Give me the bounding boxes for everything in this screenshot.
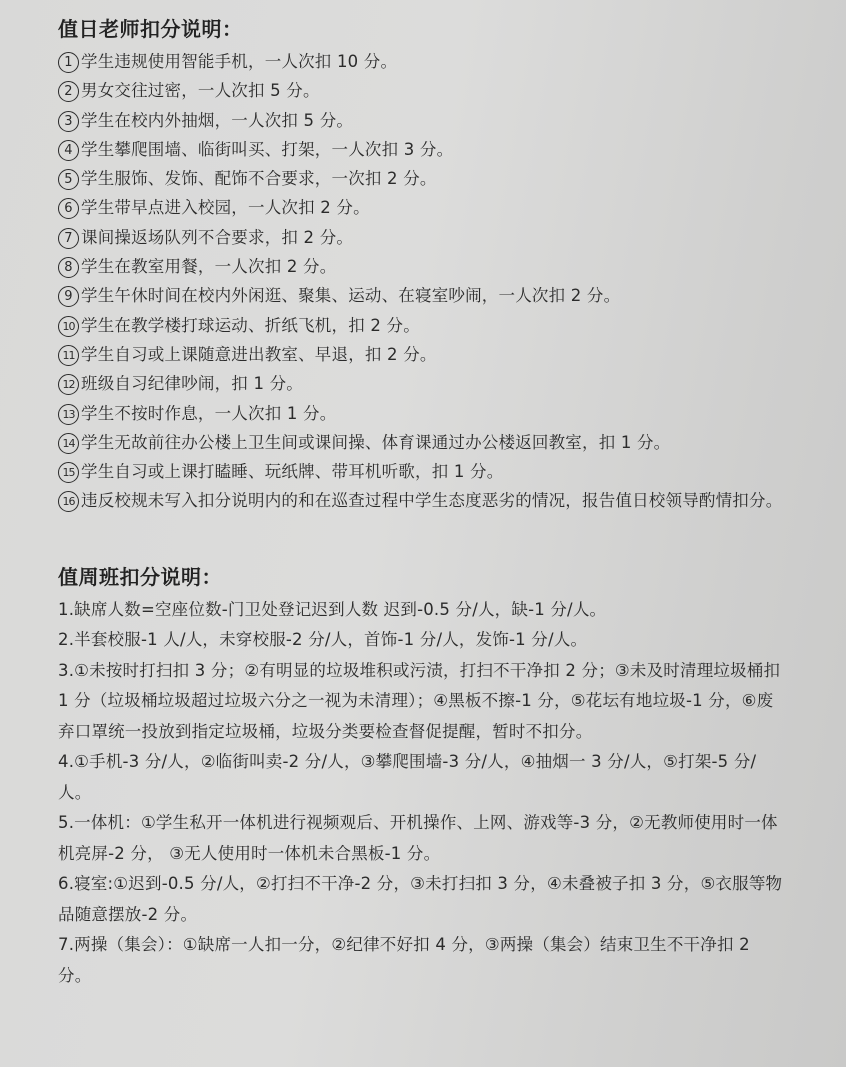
duty-teacher-section: 值日老师扣分说明： 1学生违规使用智能手机，一人次扣 10 分。 2男女交往过密… <box>58 14 788 516</box>
section-title-duty-teacher: 值日老师扣分说明： <box>58 14 788 44</box>
rule-text: 学生带早点进入校园，一人次扣 2 分。 <box>81 198 370 217</box>
circled-number: 2 <box>58 81 79 102</box>
circled-number: 3 <box>58 111 79 132</box>
rule-item: 4.①手机-3 分/人，②临街叫卖-2 分/人，③攀爬围墙-3 分/人，④抽烟一… <box>58 747 788 808</box>
rule-text: 学生自习或上课打瞌睡、玩纸牌、带耳机听歌，扣 1 分。 <box>81 462 503 481</box>
rule-text: 男女交往过密，一人次扣 5 分。 <box>81 81 320 100</box>
rule-item: 5.一体机：①学生私开一体机进行视频观后、开机操作、上网、游戏等-3 分，②无教… <box>58 808 788 869</box>
circled-number: 4 <box>58 140 79 161</box>
document-page: 值日老师扣分说明： 1学生违规使用智能手机，一人次扣 10 分。 2男女交往过密… <box>58 14 788 991</box>
circled-number: 16 <box>58 491 79 512</box>
duty-week-section: 值周班扣分说明： 1.缺席人数=空座位数-门卫处登记迟到人数 迟到-0.5 分/… <box>58 562 788 992</box>
rule-text: 课间操返场队列不合要求，扣 2 分。 <box>81 228 353 247</box>
circled-number: 9 <box>58 286 79 307</box>
rule-item: 5学生服饰、发饰、配饰不合要求，一次扣 2 分。 <box>58 164 788 193</box>
rule-item: 12班级自习纪律吵闹，扣 1 分。 <box>58 369 788 398</box>
rule-item: 14学生无故前往办公楼上卫生间或课间操、体育课通过办公楼返回教室，扣 1 分。 <box>58 428 788 457</box>
rule-item: 4学生攀爬围墙、临街叫买、打架，一人次扣 3 分。 <box>58 135 788 164</box>
rule-text: 学生攀爬围墙、临街叫买、打架，一人次扣 3 分。 <box>81 140 453 159</box>
rule-item: 7课间操返场队列不合要求，扣 2 分。 <box>58 223 788 252</box>
circled-number: 8 <box>58 257 79 278</box>
section-title-duty-week: 值周班扣分说明： <box>58 562 788 592</box>
circled-number: 13 <box>58 404 79 425</box>
circled-number: 6 <box>58 198 79 219</box>
rule-item: 1.缺席人数=空座位数-门卫处登记迟到人数 迟到-0.5 分/人，缺-1 分/人… <box>58 595 788 626</box>
circled-number: 15 <box>58 462 79 483</box>
circled-number: 1 <box>58 52 79 73</box>
rule-item: 9学生午休时间在校内外闲逛、聚集、运动、在寝室吵闹，一人次扣 2 分。 <box>58 281 788 310</box>
rule-item: 8学生在教室用餐，一人次扣 2 分。 <box>58 252 788 281</box>
section-spacer <box>58 516 788 562</box>
rule-item: 2.半套校服-1 人/人，未穿校服-2 分/人，首饰-1 分/人，发饰-1 分/… <box>58 625 788 656</box>
rule-item: 6学生带早点进入校园，一人次扣 2 分。 <box>58 193 788 222</box>
rule-item: 7.两操（集会）：①缺席一人扣一分，②纪律不好扣 4 分，③两操（集会）结束卫生… <box>58 930 788 991</box>
circled-number: 7 <box>58 228 79 249</box>
circled-number: 10 <box>58 316 79 337</box>
rule-item: 10学生在教学楼打球运动、折纸飞机，扣 2 分。 <box>58 311 788 340</box>
rule-text: 学生自习或上课随意进出教室、早退，扣 2 分。 <box>81 345 437 364</box>
rule-text: 学生不按时作息，一人次扣 1 分。 <box>81 404 336 423</box>
circled-number: 12 <box>58 374 79 395</box>
rule-text: 违反校规未写入扣分说明内的和在巡查过程中学生态度恶劣的情况，报告值日校领导酌情扣… <box>81 491 782 510</box>
rule-item: 6.寝室:①迟到-0.5 分/人，②打扫不干净-2 分，③未打扫扣 3 分，④未… <box>58 869 788 930</box>
rule-text: 学生在教学楼打球运动、折纸飞机，扣 2 分。 <box>81 316 420 335</box>
rule-text: 学生在教室用餐，一人次扣 2 分。 <box>81 257 336 276</box>
circled-number: 5 <box>58 169 79 190</box>
circled-number: 11 <box>58 345 79 366</box>
rule-text: 学生服饰、发饰、配饰不合要求，一次扣 2 分。 <box>81 169 437 188</box>
rule-item: 2男女交往过密，一人次扣 5 分。 <box>58 76 788 105</box>
rule-item: 3.①未按时打扫扣 3 分；②有明显的垃圾堆积或污渍，打扫不干净扣 2 分；③未… <box>58 656 788 748</box>
rule-text: 班级自习纪律吵闹，扣 1 分。 <box>81 374 303 393</box>
rule-text: 学生违规使用智能手机，一人次扣 10 分。 <box>81 52 397 71</box>
rule-item: 16违反校规未写入扣分说明内的和在巡查过程中学生态度恶劣的情况，报告值日校领导酌… <box>58 486 788 515</box>
rule-item: 1学生违规使用智能手机，一人次扣 10 分。 <box>58 47 788 76</box>
rule-item: 13学生不按时作息，一人次扣 1 分。 <box>58 399 788 428</box>
rule-item: 11学生自习或上课随意进出教室、早退，扣 2 分。 <box>58 340 788 369</box>
rule-text: 学生午休时间在校内外闲逛、聚集、运动、在寝室吵闹，一人次扣 2 分。 <box>81 286 620 305</box>
circled-number: 14 <box>58 433 79 454</box>
rule-text: 学生无故前往办公楼上卫生间或课间操、体育课通过办公楼返回教室，扣 1 分。 <box>81 433 670 452</box>
rule-item: 3学生在校内外抽烟，一人次扣 5 分。 <box>58 106 788 135</box>
rule-item: 15学生自习或上课打瞌睡、玩纸牌、带耳机听歌，扣 1 分。 <box>58 457 788 486</box>
rule-text: 学生在校内外抽烟，一人次扣 5 分。 <box>81 111 353 130</box>
